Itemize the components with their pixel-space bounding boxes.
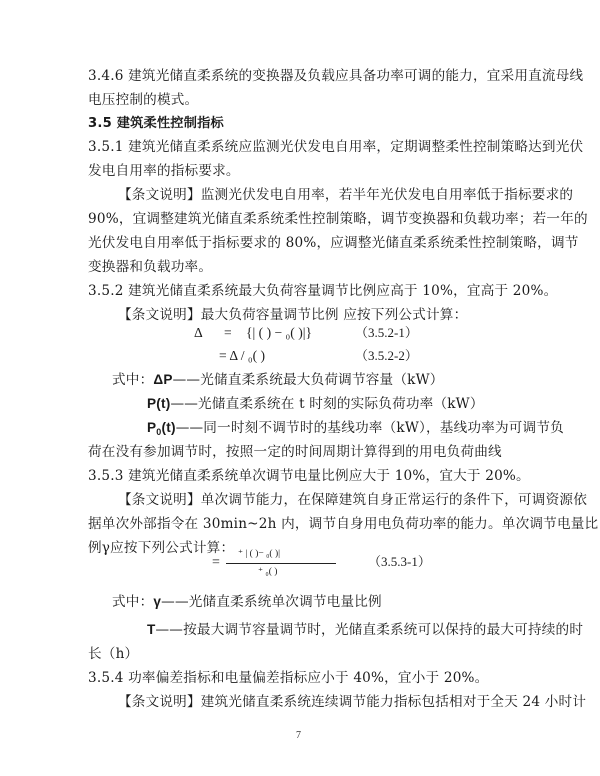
symbol-p0-main: P [147,420,156,435]
clause-3-4-6-line-2: 电压控制的模式。 [88,91,198,109]
where-text-2: 式中： [112,594,153,610]
equation-number-3-5-3-1: （3.5.3-1） [368,553,431,571]
definition-t-continued: 长（h） [88,645,138,663]
formula-3-5-2-2: = Δ / ₀( ) [219,347,265,365]
definition-gamma: ——光储直柔系统单次调节电量比例 [161,594,382,610]
clause-3-4-6-line-1: 3.4.6 建筑光储直柔系统的变换器及负载应具备功率可调的能力，宜采用直流母线 [88,67,583,85]
formula-3-5-3-1-fraction: ⁺ | ( )− ₀( )| ⁺ ₀( ) [226,548,356,584]
explanation-3-5-1-line-1: 【条文说明】监测光伏发电自用率，若半年光伏发电自用率低于指标要求的 [118,186,573,204]
fraction-bar [226,563,336,564]
where-text: 式中： [112,372,153,388]
definition-p-t: ——光储直柔系统在 t 时刻的实际负荷功率（kW） [170,396,483,412]
clause-3-5-1-line-1: 3.5.1 建筑光储直柔系统应监测光伏发电自用率，定期调整柔性控制策略达到光伏 [88,138,583,156]
equation-number-3-5-2-2: （3.5.2-2） [355,347,418,365]
formula-3-5-2-1-eq: = [224,324,232,342]
explanation-3-5-1-line-2: 90%，宜调整建筑光储直柔系统柔性控制策略，调节变换器和负载功率；若一年的 [88,210,588,228]
explanation-3-5-1-line-4: 变换器和负载功率。 [88,258,212,276]
document-page: 3.4.6 建筑光储直柔系统的变换器及负载应具备功率可调的能力，宜采用直流母线 … [0,0,600,776]
explanation-3-5-4-line-1: 【条文说明】建筑光储直柔系统连续调节能力指标包括相对于全天 24 小时计 [118,693,586,711]
page-number: 7 [296,730,301,742]
formula-3-5-3-1-eq: = [212,556,220,570]
definition-p0-t: ——同一时刻不调节时的基线功率（kW），基线功率为可调节负 [176,420,564,436]
definition-p0-t-line: P0(t)——同一时刻不调节时的基线功率（kW），基线功率为可调节负 [147,419,564,441]
definition-t: ——按最大调节容量调节时，光储直柔系统可以保持的最大可持续的时 [156,622,584,638]
symbol-p0-tail: (t) [162,420,176,435]
symbol-delta-p: ΔP [153,372,172,387]
explanation-3-5-3-line-2: 据单次外部指令在 30min~2h 内，调节自身用电负荷功率的能力。单次调节电量… [88,515,598,533]
explanation-3-5-2: 【条文说明】最大负荷容量调节比例 应按下列公式计算： [118,306,467,324]
definition-delta-p: ——光储直柔系统最大负荷调节容量（kW） [173,372,444,388]
explanation-3-5-3-line-1: 【条文说明】单次调节能力，在保障建筑自身正常运行的条件下，可调资源依 [118,491,587,509]
explanation-3-5-1-line-3: 光伏发电自用率低于指标要求的 80%，应调整光储直柔系统柔性控制策略，调节 [88,234,579,252]
formula-3-5-3-1-denominator: ⁺ ₀( ) [258,566,277,578]
definition-t-line: T——按最大调节容量调节时，光储直柔系统可以保持的最大可持续的时 [147,621,583,639]
clause-3-5-1-line-2: 发电自用率的指标要求。 [88,162,240,180]
definition-p0-t-continued: 荷在没有参加调节时，按照一定的时间周期计算得到的用电负荷曲线 [88,443,502,461]
clause-3-5-3: 3.5.3 建筑光储直柔系统单次调节电量比例应大于 10%，宜大于 20%。 [88,467,530,485]
where-label-2: 式中：γ——光储直柔系统单次调节电量比例 [112,593,382,611]
formula-3-5-2-1-rhs: {| ( ) − ₀( )|} [246,324,312,342]
definition-p-t-line: P(t)——光储直柔系统在 t 时刻的实际负荷功率（kW） [147,395,484,413]
section-heading-3-5: 3.5 建筑柔性控制指标 [88,115,224,133]
symbol-p-t: P(t) [147,396,170,411]
where-label: 式中：ΔP——光储直柔系统最大负荷调节容量（kW） [112,371,444,389]
formula-3-5-2-1-lhs: Δ [194,324,203,342]
clause-3-5-2: 3.5.2 建筑光储直柔系统最大负荷容量调节比例应高于 10%，宜高于 20%。 [88,282,557,300]
symbol-t: T [147,622,156,637]
equation-number-3-5-2-1: （3.5.2-1） [355,324,418,342]
formula-3-5-3-1-numerator: ⁺ | ( )− ₀( )| [238,548,280,560]
symbol-gamma: γ [153,594,161,609]
clause-3-5-4: 3.5.4 功率偏差指标和电量偏差指标应小于 40%，宜小于 20%。 [88,669,488,687]
